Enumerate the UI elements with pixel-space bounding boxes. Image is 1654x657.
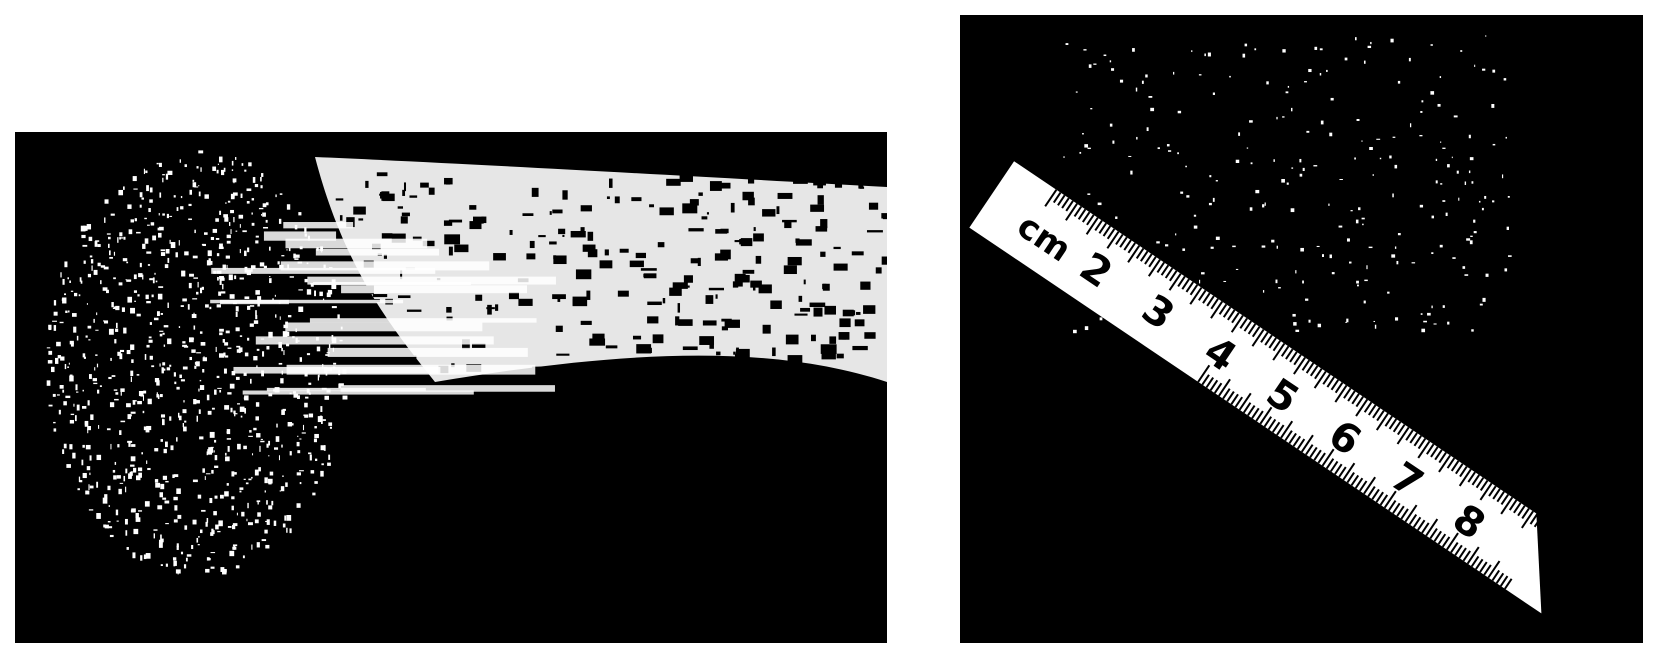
photo-panel-right: cm2345678	[960, 15, 1643, 643]
specimen-photo	[15, 132, 887, 643]
photo-panel-left	[15, 132, 887, 643]
ruler-photo: cm2345678	[960, 15, 1643, 643]
